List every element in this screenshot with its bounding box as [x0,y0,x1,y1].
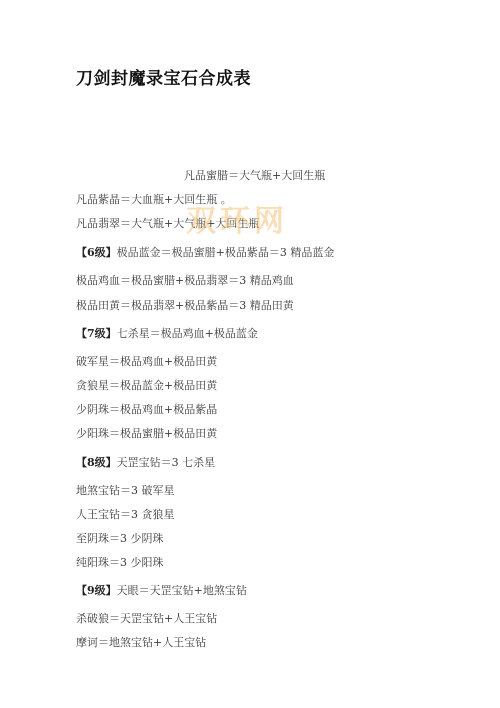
level-heading-line: 【8级】天罡宝钻＝3 七杀星 [76,454,215,470]
recipe-text: 极品鸡血＝极品蜜腊+极品翡翠＝3 精品鸡血 [76,274,294,287]
recipe-line: 至阴珠＝3 少阴珠 [76,530,164,546]
recipe-text: 极品田黄＝极品翡翠+极品紫晶＝3 精品田黄 [76,299,294,312]
recipe-line: 纯阳珠＝3 少阳珠 [76,554,164,570]
level-heading-line: 【9级】天眼＝天罡宝钻+地煞宝钻 [76,582,247,598]
recipe-text: 七杀星＝极品鸡血+极品蓝金 [117,327,258,340]
recipe-line: 破军星＝极品鸡血+极品田黄 [76,353,217,369]
recipe-line: 杀破狼＝天罡宝钻+人王宝钻 [76,610,217,626]
recipe-text: 摩诃＝地煞宝钻+人王宝钻 [76,636,206,649]
recipe-text: 凡品翡翠＝大气瓶+大气瓶+大回生瓶 [76,217,259,230]
recipe-text: 极品蓝金＝极品蜜腊+极品紫晶＝3 精品蓝金 [117,246,335,259]
recipe-text: 少阴珠＝极品鸡血+极品紫晶 [76,403,217,416]
level-heading-line: 【6级】极品蓝金＝极品蜜腊+极品紫晶＝3 精品蓝金 [76,244,334,260]
recipe-line: 地煞宝钻＝3 破军星 [76,482,175,498]
recipe-text: 至阴珠＝3 少阴珠 [76,532,164,545]
recipe-text: 地煞宝钻＝3 破军星 [76,484,175,497]
recipe-text: 杀破狼＝天罡宝钻+人王宝钻 [76,612,217,625]
recipe-text: 凡品蜜腊＝大气瓶+大回生瓶 [184,169,325,182]
recipe-line: 凡品紫晶＝大血瓶+大回生瓶 。 [76,191,232,207]
level-label: 【8级】 [76,456,117,469]
recipe-line: 摩诃＝地煞宝钻+人王宝钻 [76,634,206,650]
recipe-text: 人王宝钻＝3 贪狼星 [76,508,175,521]
recipe-text: 天罡宝钻＝3 七杀星 [117,456,216,469]
recipe-text: 凡品紫晶＝大血瓶+大回生瓶 。 [76,193,232,206]
recipe-text: 天眼＝天罡宝钻+地煞宝钻 [117,584,247,597]
recipe-line: 贪狼星＝极品蓝金+极品田黄 [76,377,217,393]
recipe-text: 破军星＝极品鸡血+极品田黄 [76,355,217,368]
level-label: 【6级】 [76,246,117,259]
recipe-line: 凡品蜜腊＝大气瓶+大回生瓶 [184,167,325,183]
recipe-line: 少阴珠＝极品鸡血+极品紫晶 [76,401,217,417]
recipe-line: 极品田黄＝极品翡翠+极品紫晶＝3 精品田黄 [76,297,294,313]
recipe-text: 纯阳珠＝3 少阳珠 [76,556,164,569]
recipe-text: 贪狼星＝极品蓝金+极品田黄 [76,379,217,392]
recipe-line: 极品鸡血＝极品蜜腊+极品翡翠＝3 精品鸡血 [76,272,294,288]
document-title: 刀剑封魔录宝石合成表 [76,64,251,89]
recipe-text: 少阳珠＝极品蜜腊+极品田黄 [76,427,217,440]
level-label: 【9级】 [76,584,117,597]
recipe-line: 凡品翡翠＝大气瓶+大气瓶+大回生瓶 [76,215,259,231]
level-heading-line: 【7级】七杀星＝极品鸡血+极品蓝金 [76,325,258,341]
recipe-line: 少阳珠＝极品蜜腊+极品田黄 [76,425,217,441]
level-label: 【7级】 [76,327,117,340]
recipe-line: 人王宝钻＝3 贪狼星 [76,506,175,522]
